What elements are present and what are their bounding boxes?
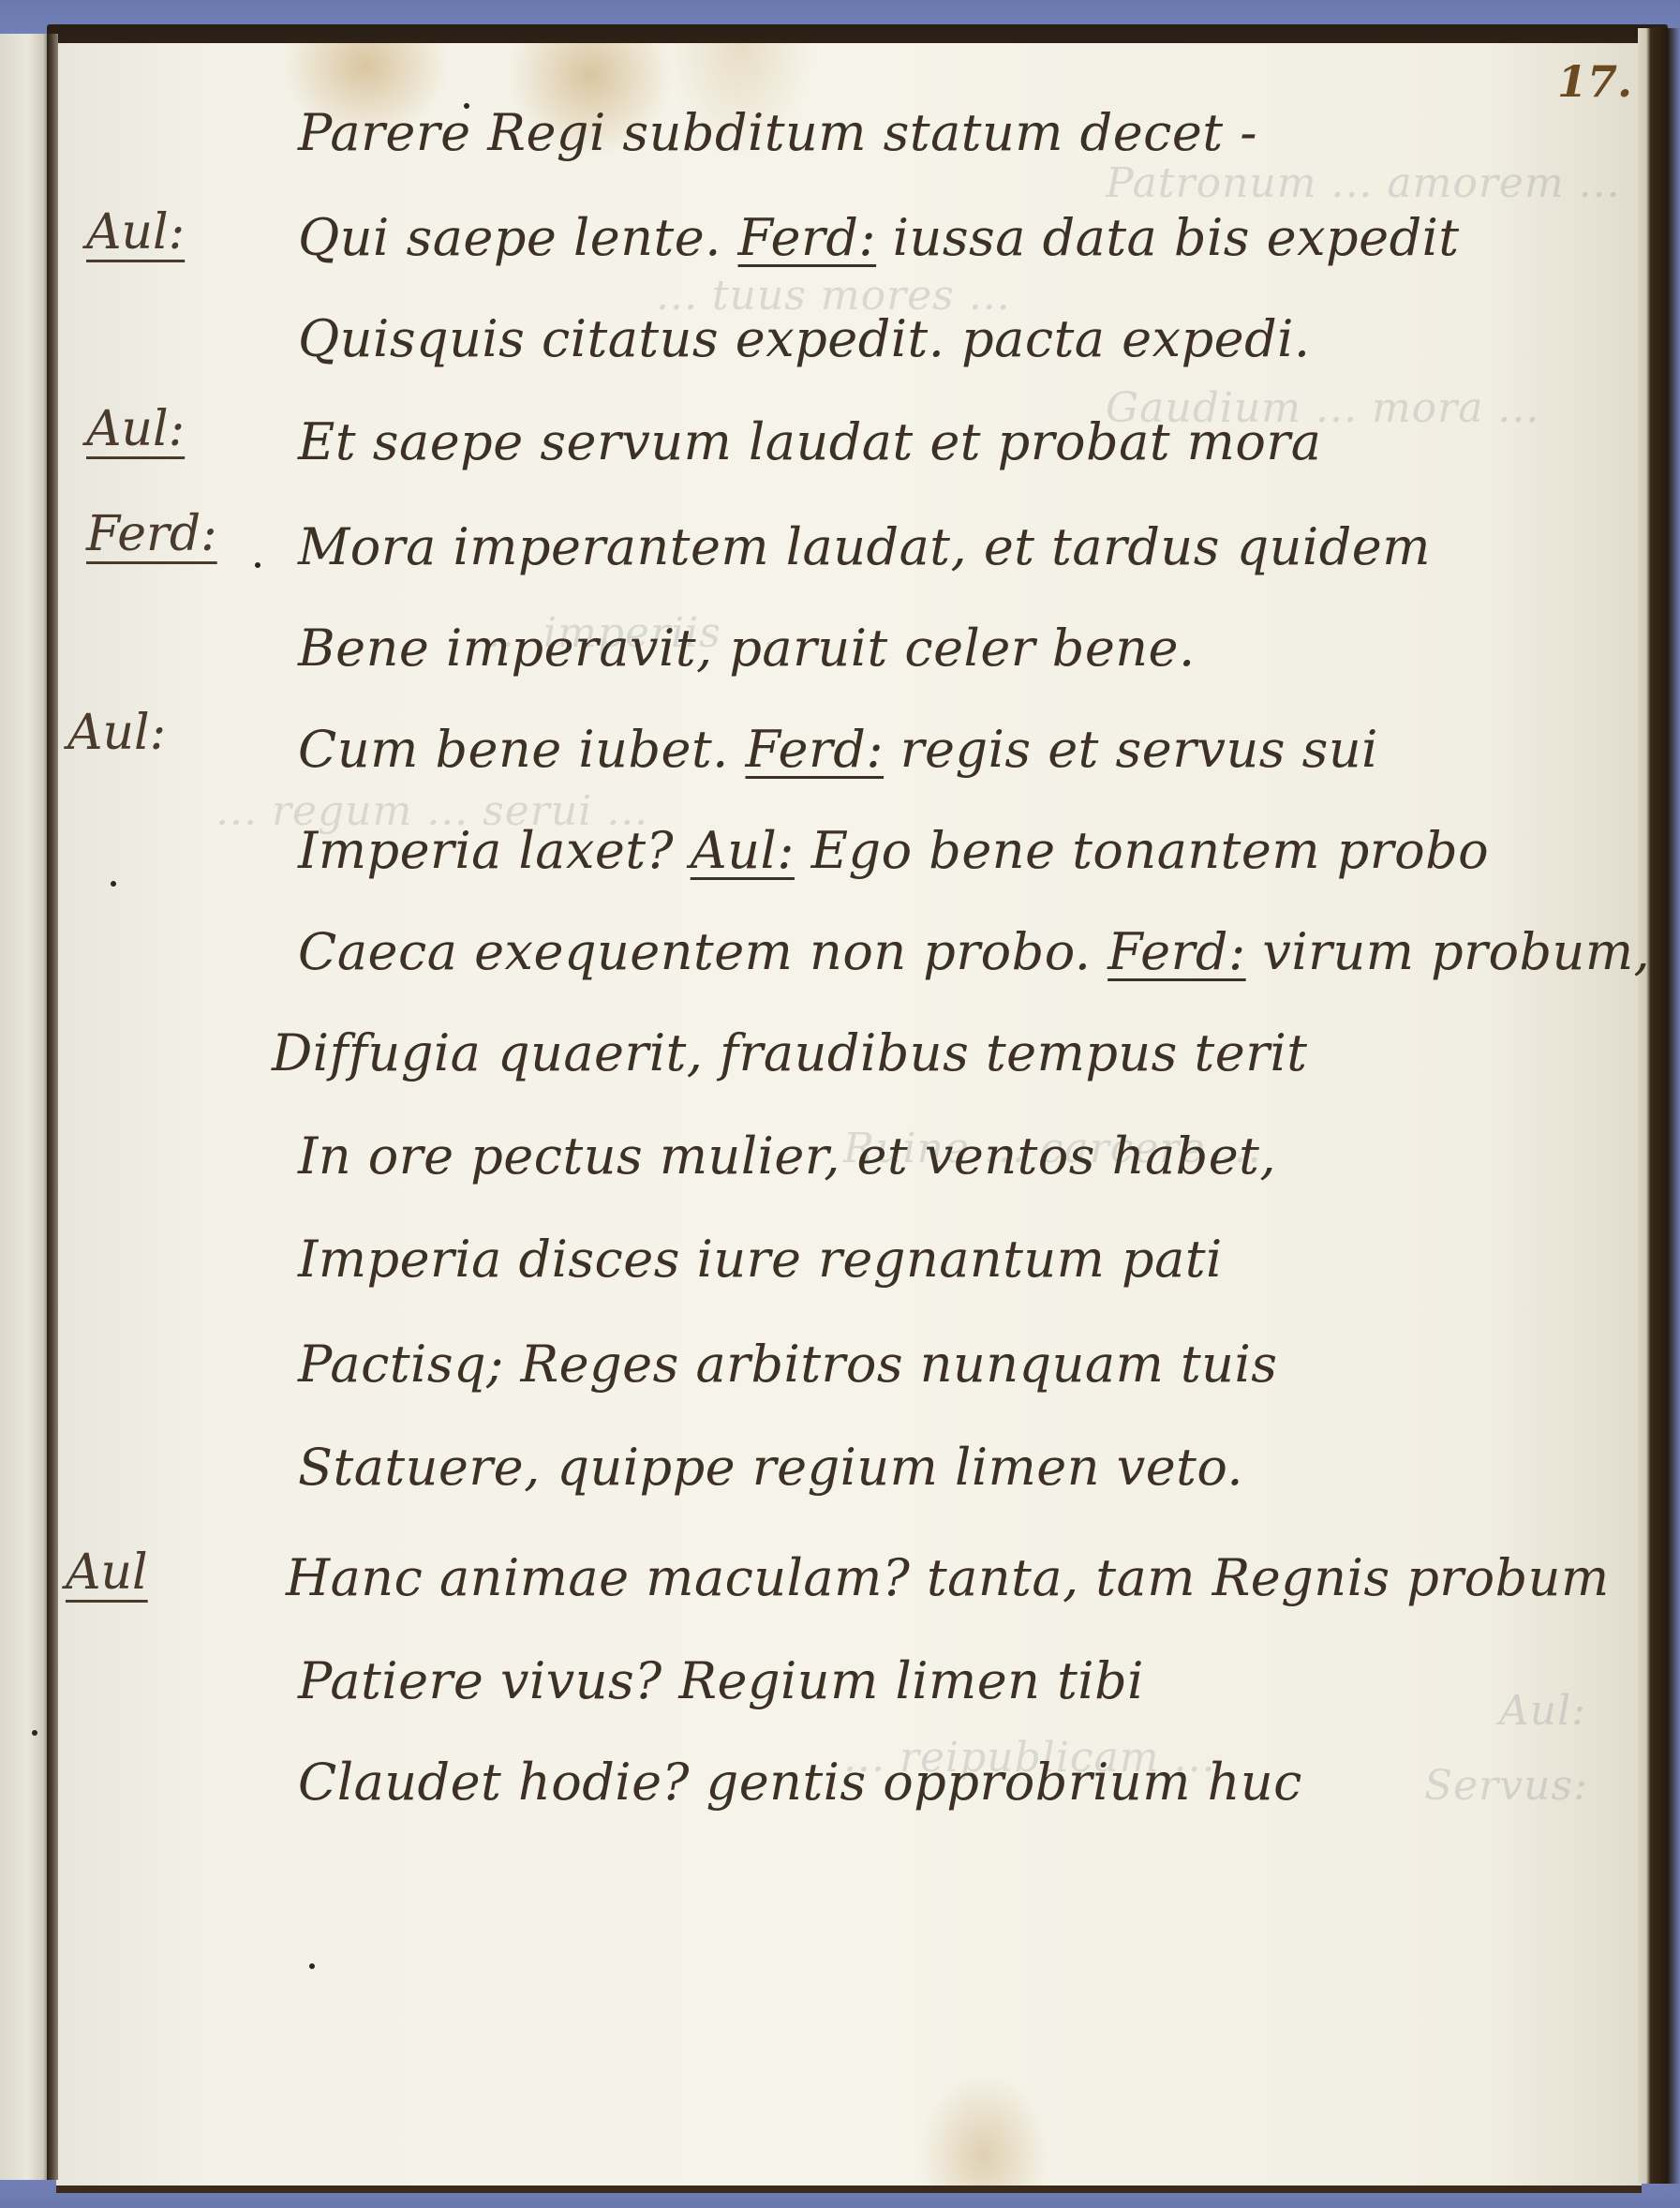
verse-text: Caeca exequentem non probo. (298, 922, 1091, 981)
verse-text: In ore pectus mulier, et ventos habet, (298, 1126, 1276, 1186)
verse-line: Mora imperantem laudat, et tardus quidem (298, 517, 1431, 576)
folio-number: 17. (1557, 56, 1632, 107)
ink-dot (32, 1730, 37, 1736)
verse-text: Mora imperantem laudat, et tardus quidem (298, 517, 1431, 576)
inline-speaker-ferd: Ferd: (1108, 922, 1246, 981)
ink-dot (111, 881, 116, 887)
inline-speaker-aul: Aul: (691, 821, 795, 880)
ink-dot (309, 1963, 315, 1969)
verse-text: Ego bene tonantem probo (811, 821, 1490, 880)
verse-line: Statuere, quippe regium limen veto. (298, 1438, 1243, 1497)
verse-line: Bene imperavit, paruit celer bene. (298, 619, 1196, 678)
verse-text: Parere Regi subditum statum decet - (298, 103, 1257, 162)
inline-speaker-ferd: Ferd: (738, 208, 877, 267)
verse-line: Parere Regi subditum statum decet - (298, 103, 1257, 162)
verse-line: Quisquis citatus expedit. pacta expedi. (298, 309, 1311, 368)
speaker-label-ferd: Ferd: (86, 506, 217, 562)
speaker-label-aul: Aul: (67, 705, 166, 761)
verse-text: Et saepe servum laudat et probat mora (298, 412, 1321, 471)
verse-line: Qui saepe lente. Ferd: iussa data bis ex… (298, 208, 1460, 267)
verse-text: virum probum, (1262, 922, 1650, 981)
verse-line: Hanc animae maculam? tanta, tam Regnis p… (286, 1548, 1610, 1607)
facing-page-edge (0, 34, 51, 2180)
verse-line: Patiere vivus? Regium limen tibi (298, 1651, 1144, 1710)
verse-line: Et saepe servum laudat et probat mora (298, 412, 1321, 471)
verse-line: Caeca exequentem non probo. Ferd: virum … (298, 922, 1650, 981)
verse-line: Pactisq; Reges arbitros nunquam tuis (298, 1335, 1277, 1394)
speaker-label-aul: Aul: (86, 401, 185, 457)
verse-text: iussa data bis expedit (893, 208, 1460, 267)
verse-line: Cum bene iubet. Ferd: regis et servus su… (298, 720, 1378, 779)
verse-line: In ore pectus mulier, et ventos habet, (298, 1126, 1276, 1186)
verse-text: Cum bene iubet. (298, 720, 729, 779)
verse-text: Patiere vivus? Regium limen tibi (298, 1651, 1144, 1710)
speaker-label-aul: Aul: (86, 204, 185, 261)
verse-text: Quisquis citatus expedit. pacta expedi. (298, 309, 1311, 368)
verse-text: regis et servus sui (900, 720, 1378, 779)
verse-line: Claudet hodie? gentis opprobrium huc (298, 1753, 1302, 1812)
verse-line: Diffugia quaerit, fraudibus tempus terit (272, 1023, 1307, 1082)
verse-text: Bene imperavit, paruit celer bene. (298, 619, 1196, 678)
speaker-label-aul: Aul (66, 1544, 148, 1601)
verse-text: Imperia disces iure regnantum pati (298, 1230, 1223, 1289)
verse-text: Pactisq; Reges arbitros nunquam tuis (298, 1335, 1277, 1394)
verse-text: Hanc animae maculam? tanta, tam Regnis p… (286, 1548, 1610, 1607)
ink-dot (255, 562, 260, 568)
verse-text: Imperia laxet? (298, 821, 674, 880)
verse-line: Imperia laxet? Aul: Ego bene tonantem pr… (298, 821, 1489, 880)
book-gutter (47, 34, 58, 2180)
ink-dot (464, 103, 469, 109)
verse-text: Diffugia quaerit, fraudibus tempus terit (272, 1023, 1307, 1082)
verse-text: Statuere, quippe regium limen veto. (298, 1438, 1243, 1497)
verse-text: Qui saepe lente. (298, 208, 721, 267)
verse-text: Claudet hodie? gentis opprobrium huc (298, 1753, 1302, 1812)
book-cover-edge (1638, 28, 1680, 2184)
inline-speaker-ferd: Ferd: (746, 720, 885, 779)
verse-line: Imperia disces iure regnantum pati (298, 1230, 1223, 1289)
